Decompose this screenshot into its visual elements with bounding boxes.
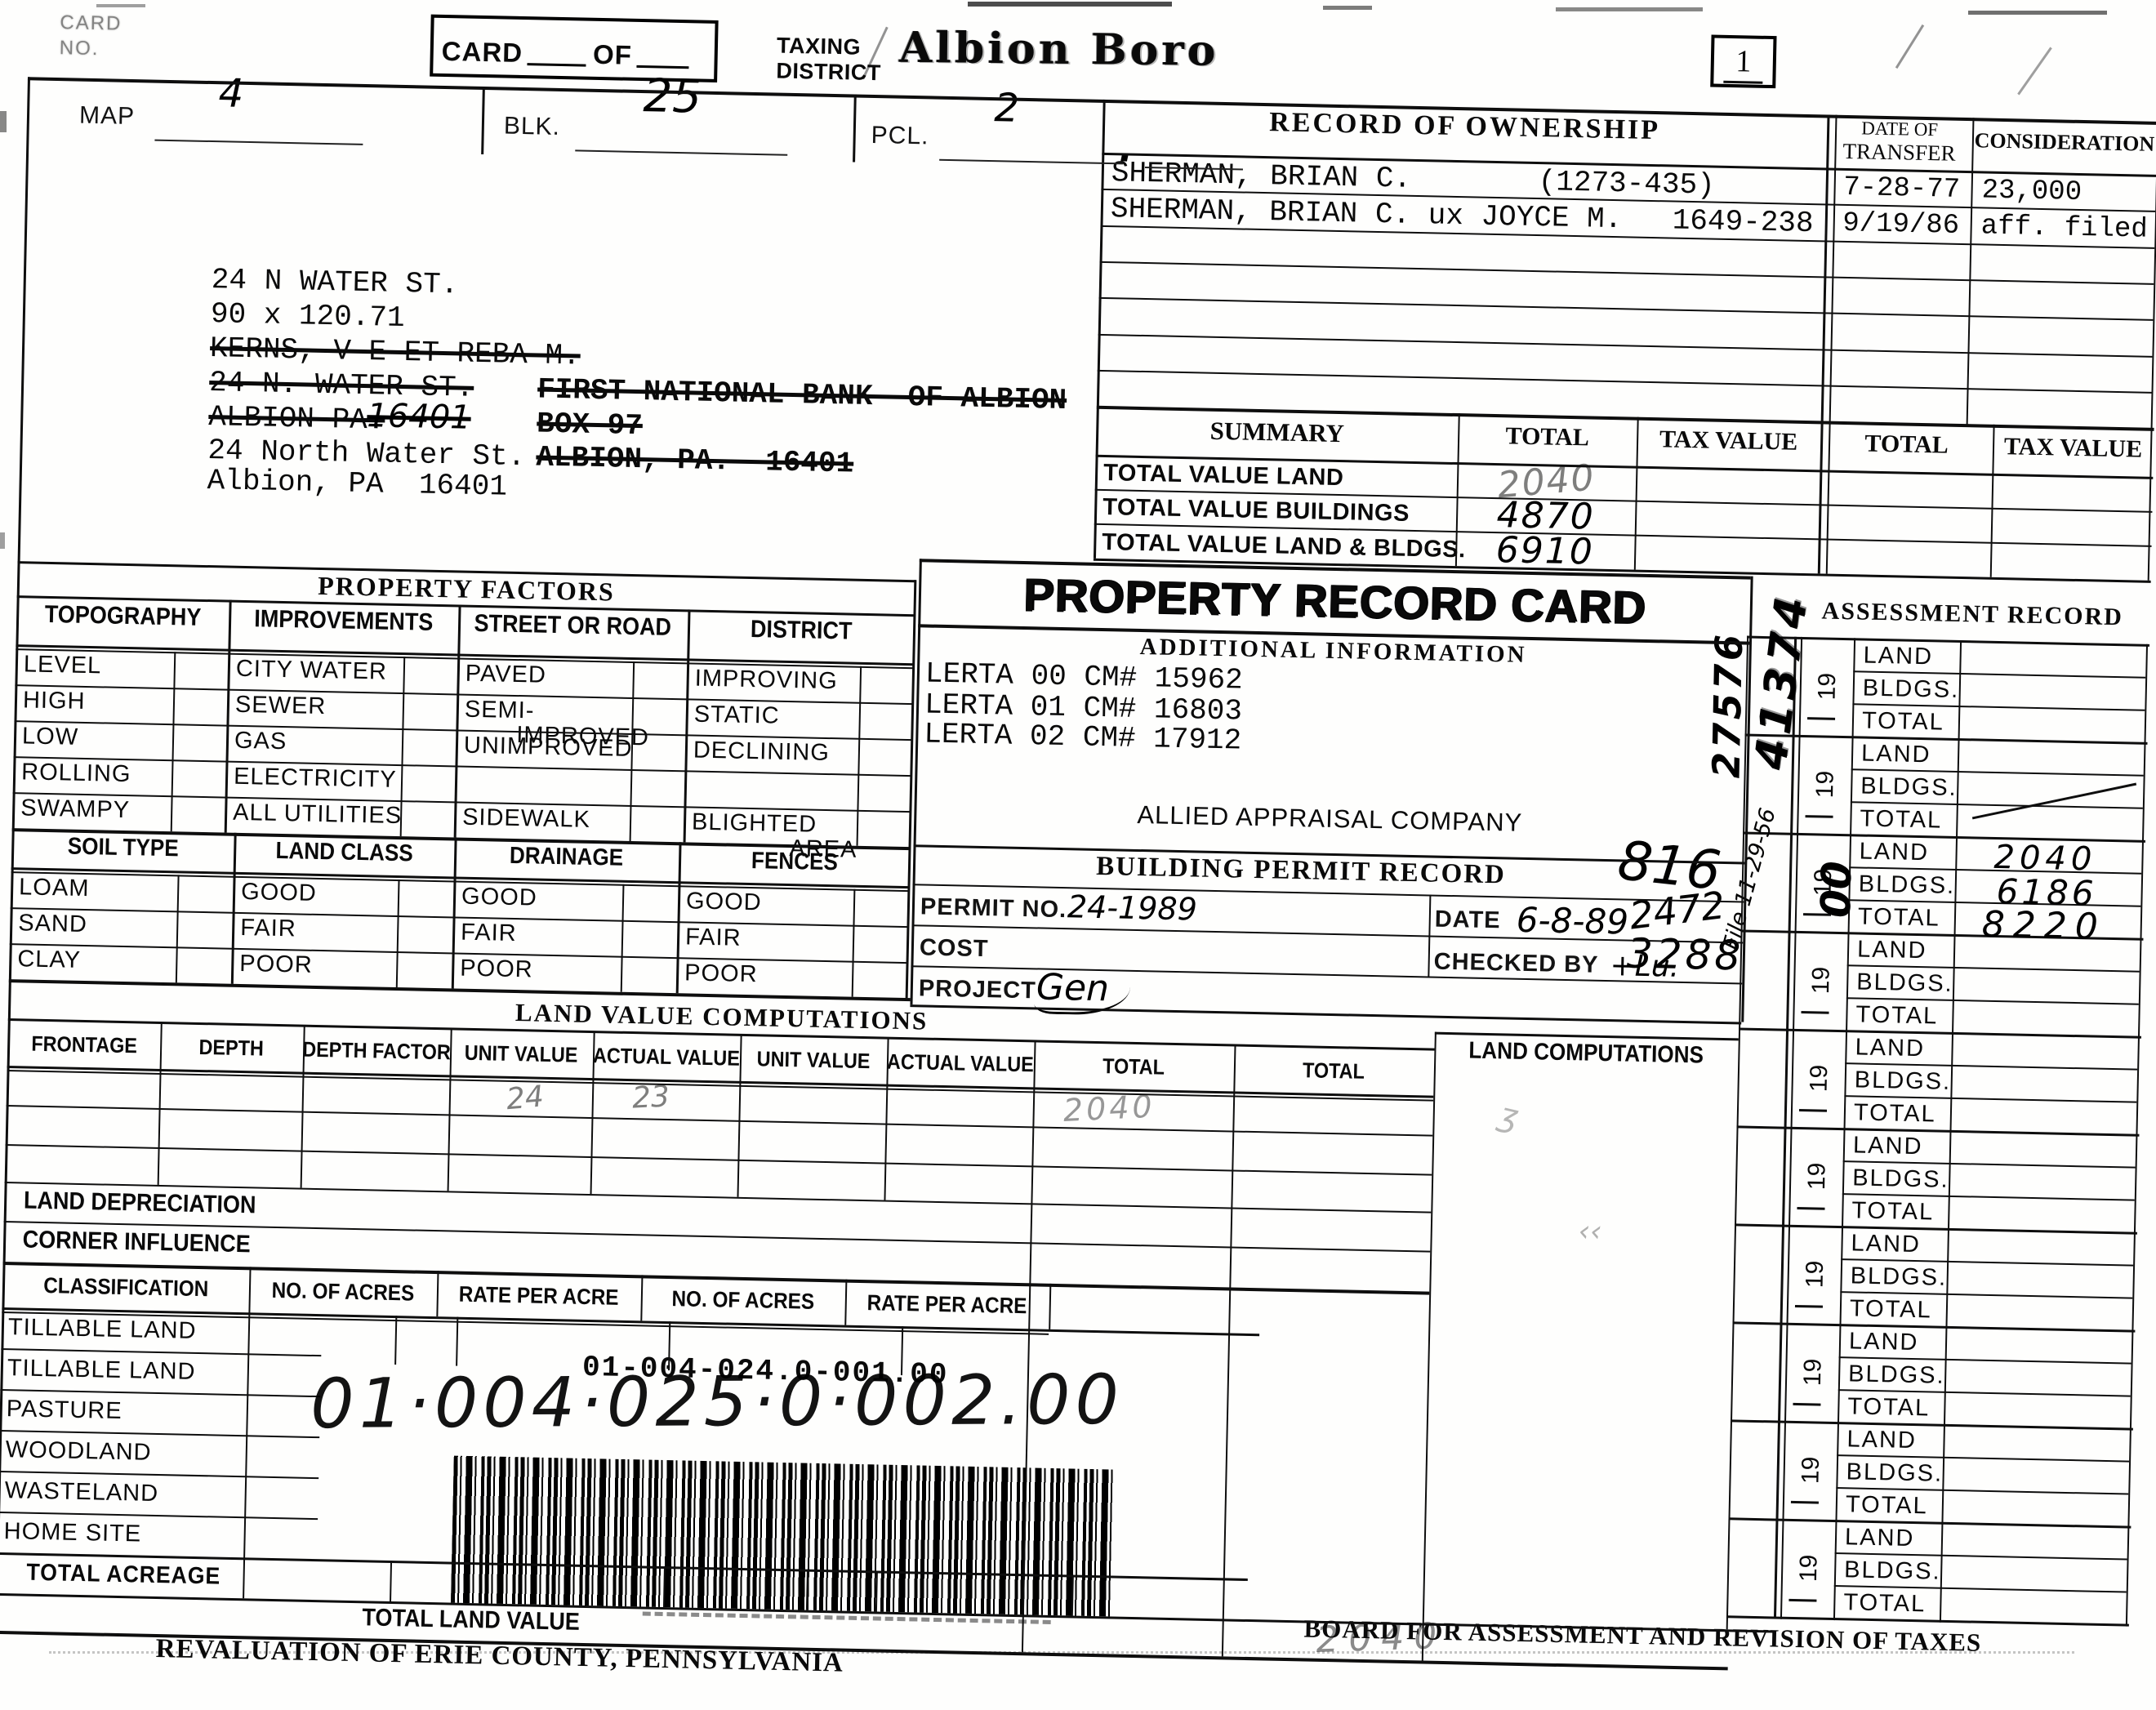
assessment-group-border (1737, 1125, 2140, 1136)
assessment-year-prefix: 19 (1795, 1545, 1820, 1592)
assessment-group-border (1732, 1321, 2135, 1332)
lvc-header: DEPTH (160, 1025, 304, 1071)
date-of-transfer-header: DATE OF (1861, 118, 1938, 140)
assessment-row-label: BLDGS. (1854, 1067, 1951, 1095)
address-line: ALBION PA. (208, 400, 385, 438)
lvc-unit-value: 24 (505, 1080, 545, 1116)
barcode (451, 1456, 1116, 1617)
taxing-label-line1: TAXING (777, 33, 882, 61)
address-line: 24 N WATER ST. (211, 263, 458, 301)
factor-cell: POOR (684, 960, 905, 990)
summary-label: TOTAL VALUE LAND & BLDGS. (1102, 529, 1466, 563)
factor-cell: FAIR (685, 924, 906, 954)
lerta-line-2: LERTA 02 CM# 17912 (924, 717, 1242, 757)
map-value: 4 (218, 70, 244, 117)
assessment-year-underline (1793, 1403, 1820, 1406)
factor-cell: POOR (239, 951, 449, 981)
assessment-row-label: LAND (1853, 1132, 1923, 1160)
assessment-year-prefix: 19 (1807, 957, 1833, 1004)
assessment-row-label: LAND (1861, 741, 1931, 769)
soil-type-header: SOIL TYPE (67, 834, 179, 863)
project-label: PROJECT (919, 975, 1037, 1004)
assessment-row-label: BLDGS. (1852, 1164, 1949, 1193)
assessment-row-label: BLDGS. (1846, 1458, 1943, 1487)
assessment-row-label: BLDGS. (1844, 1556, 1941, 1585)
blk-label: BLK. (504, 113, 561, 141)
rule-line (1422, 1032, 1437, 1661)
classification-header: CLASSIFICATION (2, 1263, 249, 1311)
assessment-year-underline (1799, 1109, 1827, 1112)
ownership-title: RECORD OF OWNERSHIP (1102, 104, 1828, 150)
factor-cell: ELECTRICITY (234, 764, 452, 794)
assessment-row-label: TOTAL (1858, 903, 1940, 932)
blk-value: 25 (643, 69, 702, 123)
property-record-card-sheet: CARD NO. CARD OF TAXING DISTRICT Albion … (0, 0, 2156, 1666)
factor-cell: FAIR (240, 915, 450, 945)
assessment-group-border (1731, 1419, 2133, 1430)
card-number-box: 1 (1710, 34, 1776, 88)
assessment-group-border (1728, 1517, 2131, 1528)
assessment-row-label: BLDGS. (1858, 871, 1955, 899)
transfer-date: 9/19/86 (1831, 208, 1971, 243)
taxing-label-line2: DISTRICT (776, 59, 881, 87)
assessment-year-underline (1791, 1501, 1819, 1504)
factor-cell: SAND (18, 911, 229, 940)
lvc-header: TOTAL (1033, 1043, 1234, 1089)
assessment-row-label: TOTAL (1854, 1099, 1936, 1128)
classification-header: NO. OF ACRES (248, 1268, 437, 1315)
rule-line (1049, 1284, 1051, 1329)
rule-line (394, 1316, 397, 1365)
pcl-label: PCL. (871, 122, 929, 150)
lvc-header: ACTUAL VALUE (886, 1040, 1034, 1086)
land-computations-title: LAND COMPUTATIONS (1468, 1038, 1704, 1070)
factor-cell: UNIMPROVED (464, 733, 683, 763)
assessment-year-underline (1807, 717, 1835, 720)
rule-line (853, 95, 857, 163)
factor-cell: PAVED (465, 661, 684, 691)
property-factors-grid: LEVELCITY WATERPAVEDIMPROVINGHIGHSEWERSE… (12, 648, 914, 847)
rule-line (1222, 1046, 1236, 1657)
fences-header: FENCES (751, 848, 838, 876)
total-land-value-label: TOTAL LAND VALUE (362, 1604, 580, 1637)
classification-header: NO. OF ACRES (640, 1276, 845, 1323)
factor-cell: LOW (22, 724, 224, 753)
lvc-actual-value: 23 (631, 1080, 670, 1115)
factor-cell: GOOD (686, 888, 906, 918)
assessment-year-underline (1788, 1599, 1816, 1602)
blank-line (154, 140, 363, 145)
factor-cell: GOOD (241, 879, 451, 909)
topography-header: TOPOGRAPHY (44, 601, 201, 632)
ownership-rows: SHERMAN, BRIAN C.(1273-435)7-28-7723,000… (1097, 153, 2156, 428)
corner-influence-label: CORNER INFLUENCE (22, 1226, 251, 1258)
classification-row: HOME SITE (0, 1512, 318, 1559)
assessment-record-title: ASSESSMENT RECORD (1794, 597, 2150, 632)
lvc-header: DEPTH FACTOR (303, 1028, 451, 1074)
rule-line (7, 1105, 1433, 1137)
transfer-date: 7-28-77 (1832, 172, 1971, 207)
district-header: DISTRICT (750, 616, 852, 646)
lvc-header: UNIT VALUE (450, 1031, 594, 1076)
assessment-row-label: TOTAL (1847, 1393, 1930, 1422)
scan-artifact (1968, 11, 2107, 15)
factor-cell: DECLINING (693, 738, 910, 768)
summary-header: SUMMARY (1096, 414, 1459, 451)
scan-artifact (968, 2, 1172, 7)
consideration: aff. filed (1980, 212, 2148, 246)
street-or-road-header: STREET OR ROAD (474, 610, 671, 642)
assessment-group-border (1745, 734, 2148, 745)
factor-cell: CITY WATER (236, 657, 455, 686)
card-blank-line (528, 63, 586, 67)
assessment-year-prefix: 19 (1803, 1153, 1829, 1200)
assessment-year-prefix: 19 (1799, 1349, 1824, 1396)
rule-line (481, 87, 485, 154)
deed-book-page: 1649-238 (1672, 204, 1814, 241)
summary-label: TOTAL VALUE LAND (1103, 460, 1344, 492)
factor-cell: LOAM (19, 875, 230, 904)
factor-cell: FAIR (461, 920, 675, 950)
assessment-row-label: LAND (1855, 1034, 1925, 1062)
permit-no-label: PERMIT NO. (920, 893, 1067, 924)
assessment-row-label: TOTAL (1855, 1001, 1938, 1030)
scan-artifact (1323, 6, 1372, 10)
factor-cell: IMPROVING (694, 666, 911, 696)
address-line-handwritten: 16401 (367, 397, 471, 437)
factor-cell: ROLLING (21, 759, 223, 789)
assessment-row-label: LAND (1846, 1426, 1917, 1454)
assessment-year-prefix: 19 (1801, 1251, 1826, 1298)
rule-line (390, 1561, 392, 1601)
lvc-header: ACTUAL VALUE (593, 1034, 741, 1080)
land-depreciation-label: LAND DEPRECIATION (24, 1187, 256, 1220)
consideration: 23,000 (1981, 175, 2082, 208)
address-line: Albion, PA 16401 (207, 464, 507, 504)
improvements-header: IMPROVEMENTS (254, 605, 434, 637)
parcel-number-handwritten: 01·004·025·0·002.00 (310, 1360, 1124, 1444)
assessment-row-label: TOTAL (1862, 708, 1944, 737)
scan-artifact (1556, 7, 1703, 11)
assessment-row-label: TOTAL (1851, 1197, 1934, 1226)
factor-cell: POOR (460, 956, 674, 986)
factor-cell: HIGH (23, 688, 225, 717)
assessment-row-label: BLDGS. (1848, 1360, 1945, 1389)
permit-date-value: 6-8-89 (1516, 900, 1628, 942)
factor-cell: SWAMPY (20, 795, 222, 825)
assessment-row-label: TOTAL (1843, 1589, 1926, 1618)
assessment-year-underline (1797, 1207, 1824, 1210)
permit-no-value: 24-1989 (1067, 888, 1198, 927)
assessment-row-label: LAND (1857, 936, 1927, 964)
soil-grid: LOAMGOODGOODGOODSANDFAIRFAIRFAIRCLAYPOOR… (9, 871, 910, 998)
lvc-header: TOTAL (1233, 1048, 1434, 1094)
deed-book-page: (1273-435) (1538, 165, 1715, 203)
classification-header: RATE PER ACRE (844, 1281, 1049, 1328)
blank-line (575, 149, 787, 155)
summary-total-header: TOTAL (1458, 421, 1637, 453)
assessment-group-border (1739, 1027, 2141, 1038)
summary-taxvalue-header: TAX VALUE (1637, 425, 1821, 457)
assessment-row-label: TOTAL (1850, 1295, 1932, 1324)
pencil-scribble: ‹‹ (1578, 1214, 1602, 1249)
lvc-header: UNIT VALUE (740, 1037, 888, 1083)
assessment-total-value: 8220 (1981, 904, 2106, 948)
lvc-header: FRONTAGE (7, 1022, 161, 1067)
assessment-row-label: BLDGS. (1860, 773, 1958, 802)
assessment-year-prefix: 19 (1811, 761, 1837, 808)
map-label: MAP (79, 102, 136, 131)
checked-by-label: CHECKED BY (1433, 949, 1598, 979)
assessment-row-label: LAND (1859, 838, 1929, 866)
assessment-year-underline (1806, 815, 1833, 818)
summary-total2-header: TOTAL (1820, 429, 1993, 460)
address-line: 90 x 120.71 (211, 297, 405, 335)
factor-cell: GOOD (461, 884, 675, 914)
card-of-of-label: OF (593, 39, 633, 71)
assessment-year-prefix: 19 (1813, 663, 1838, 710)
summary-taxvalue2-header: TAX VALUE (1993, 433, 2154, 464)
factor-cell: GAS (234, 728, 453, 758)
assessment-year-underline (1795, 1305, 1823, 1308)
address-line-right: BOX 97 (537, 407, 643, 443)
drainage-header: DRAINAGE (510, 843, 624, 872)
pcl-value: 2 (994, 85, 1020, 131)
assessment-group-border (1735, 1223, 2137, 1234)
assessment-row-label: BLDGS. (1850, 1262, 1947, 1291)
rule-line (6, 1144, 1432, 1176)
date-of-transfer-header2: TRANSFER (1842, 139, 1956, 167)
card-of-card-label: CARD (441, 36, 523, 69)
address-line-right: ALBION, PA. 16401 (536, 440, 854, 480)
blank-line (939, 159, 1123, 165)
card-number: 1 (1713, 38, 1773, 85)
card-no-label: CARD NO. (59, 10, 149, 63)
assessment-row-label: TOTAL (1860, 805, 1942, 834)
taxing-district-label: TAXING DISTRICT (776, 33, 882, 87)
assessment-year-prefix: 19 (1805, 1055, 1830, 1102)
taxing-district-value: Albion Boro (899, 23, 1219, 76)
factor-cell: ALL UTILITIES (233, 800, 452, 830)
factor-cell: SIDEWALK (462, 805, 681, 835)
assessment-table: LANDBLDGS.TOTAL19LANDBLDGS.TOTAL19LANDBL… (1726, 636, 2149, 1627)
assessment-row-label: LAND (1851, 1230, 1921, 1258)
assessment-year-underline (1801, 1011, 1829, 1014)
consideration-header: CONSIDERATION (1972, 128, 2156, 157)
assessment-year-prefix: 19 (1797, 1447, 1822, 1494)
assessment-year-stamp: 00 (1812, 871, 1855, 918)
permit-date-label: DATE (1434, 906, 1500, 935)
assessment-row-label: BLDGS. (1862, 675, 1959, 704)
assessment-row-label: LAND (1845, 1524, 1915, 1552)
factor-cell: LEVEL (24, 652, 225, 681)
assessment-row-label: BLDGS. (1856, 969, 1953, 997)
assessment-row-label: LAND (1849, 1328, 1919, 1356)
rule-line (456, 1317, 458, 1366)
factor-cell: SEWER (235, 692, 454, 722)
pencil-scribble: ʒ (1495, 1096, 1522, 1137)
summary-label: TOTAL VALUE BUILDINGS (1102, 494, 1410, 528)
of-blank-line (637, 65, 689, 69)
assessment-row-label: LAND (1863, 643, 1933, 671)
permit-cost-label: COST (920, 934, 989, 963)
factor-cell: STATIC (694, 702, 911, 732)
factor-cell: CLAY (17, 946, 229, 976)
assessment-row-label: TOTAL (1846, 1491, 1928, 1520)
classification-header: RATE PER ACRE (436, 1272, 641, 1319)
land-class-header: LAND CLASS (275, 838, 413, 868)
